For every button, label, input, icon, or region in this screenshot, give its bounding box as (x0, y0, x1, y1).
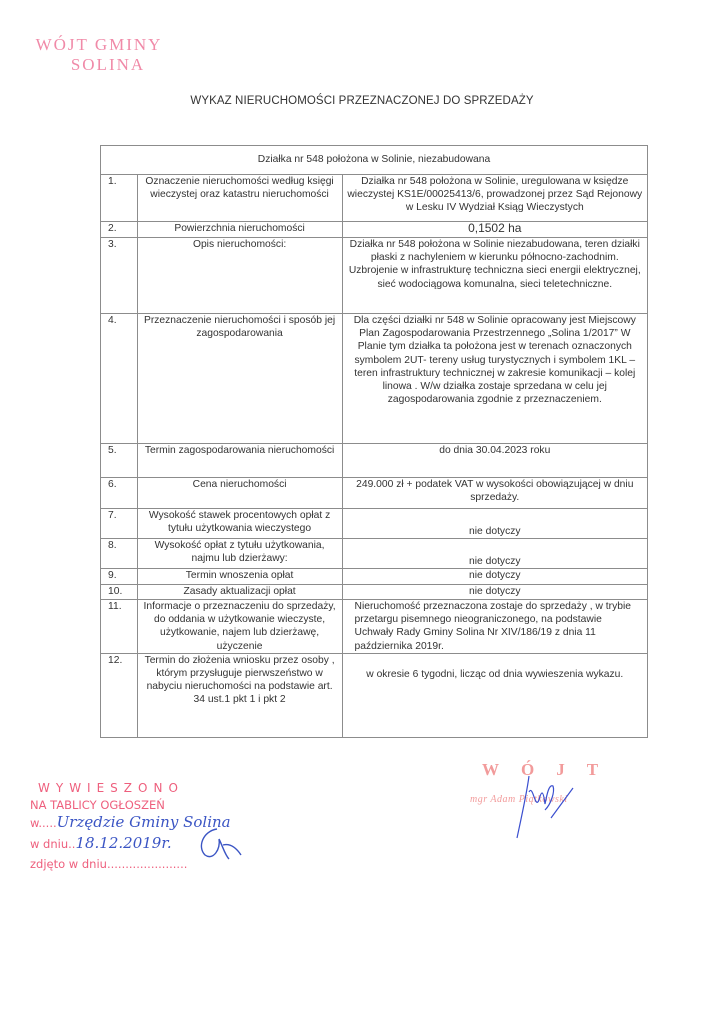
row-value: Dla części działki nr 548 w Solinie opra… (342, 314, 647, 444)
posted-stamp-subtitle: NA TABLICY OGŁOSZEŃ (30, 797, 231, 814)
row-value: do dnia 30.04.2023 roku (342, 444, 647, 478)
row-value: nie dotyczy (342, 585, 647, 600)
stamp-line-1: WÓJT GMINY (24, 35, 174, 55)
table-row: 9. Termin wnoszenia opłat nie dotyczy (101, 569, 648, 585)
property-table: Działka nr 548 położona w Solinie, nieza… (100, 145, 648, 738)
row-number: 3. (101, 238, 138, 314)
table-row: 12. Termin do złożenia wniosku przez oso… (101, 653, 648, 737)
table-row: 1. Oznaczenie nieruchomości według księg… (101, 175, 648, 222)
row-number: 4. (101, 314, 138, 444)
row-value: Nieruchomość przeznaczona zostaje do spr… (342, 600, 647, 654)
row-number: 8. (101, 539, 138, 569)
stamp-line-2: SOLINA (24, 55, 174, 75)
row-label: Cena nieruchomości (137, 478, 342, 509)
row-label: Oznaczenie nieruchomości według księgi w… (137, 175, 342, 222)
row-value: Działka nr 548 położona w Solinie, uregu… (342, 175, 647, 222)
wojt-signature-icon (515, 770, 585, 840)
table-heading-row: Działka nr 548 położona w Solinie, nieza… (101, 146, 648, 175)
row-number: 6. (101, 478, 138, 509)
row-label: Termin do złożenia wniosku przez osoby ,… (137, 653, 342, 737)
row-number: 5. (101, 444, 138, 478)
row-number: 9. (101, 569, 138, 585)
table-row: 2. Powierzchnia nieruchomości 0,1502 ha (101, 222, 648, 238)
row-label: Przeznaczenie nieruchomości i sposób jej… (137, 314, 342, 444)
row-label: Zasady aktualizacji opłat (137, 585, 342, 600)
row-number: 2. (101, 222, 138, 238)
table-row: 6. Cena nieruchomości 249.000 zł + podat… (101, 478, 648, 509)
table-row: 10. Zasady aktualizacji opłat nie dotycz… (101, 585, 648, 600)
removed-date-label: zdjęto w dniu (30, 857, 107, 871)
row-label: Opis nieruchomości: (137, 238, 342, 314)
posted-date-handwritten: 18.12.2019r. (75, 834, 171, 852)
table-row: 4. Przeznaczenie nieruchomości i sposób … (101, 314, 648, 444)
row-number: 12. (101, 653, 138, 737)
posted-stamp-title: WYWIESZONO (30, 780, 231, 797)
row-number: 11. (101, 600, 138, 654)
row-value: Działka nr 548 położona w Solinie niezab… (342, 238, 647, 314)
table-row: 8. Wysokość opłat z tytułu użytkowania, … (101, 539, 648, 569)
row-label: Powierzchnia nieruchomości (137, 222, 342, 238)
wojt-gminy-stamp: WÓJT GMINY SOLINA (24, 35, 174, 75)
table-row: 5. Termin zagospodarowania nieruchomości… (101, 444, 648, 478)
row-value: nie dotyczy (342, 539, 647, 569)
row-value: w okresie 6 tygodni, licząc od dnia wywi… (342, 653, 647, 737)
table-heading: Działka nr 548 położona w Solinie, nieza… (101, 146, 648, 175)
document-title: WYKAZ NIERUCHOMOŚCI PRZEZNACZONEJ DO SPR… (0, 95, 724, 107)
row-number: 7. (101, 509, 138, 539)
row-value: 249.000 zł + podatek VAT w wysokości obo… (342, 478, 647, 509)
row-label: Informacje o przeznaczeniu do sprzedaży,… (137, 600, 342, 654)
posted-date-prefix: w dniu (30, 837, 68, 851)
row-label: Wysokość opłat z tytułu użytkowania, naj… (137, 539, 342, 569)
row-number: 10. (101, 585, 138, 600)
row-value: 0,1502 ha (342, 222, 647, 238)
row-label: Wysokość stawek procentowych opłat z tyt… (137, 509, 342, 539)
table-row: 3. Opis nieruchomości: Działka nr 548 po… (101, 238, 648, 314)
row-value: nie dotyczy (342, 569, 647, 585)
table-row: 11. Informacje o przeznaczeniu do sprzed… (101, 600, 648, 654)
row-label: Termin zagospodarowania nieruchomości (137, 444, 342, 478)
row-value: nie dotyczy (342, 509, 647, 539)
row-number: 1. (101, 175, 138, 222)
table-row: 7. Wysokość stawek procentowych opłat z … (101, 509, 648, 539)
row-label: Termin wnoszenia opłat (137, 569, 342, 585)
posted-signature-icon (195, 825, 245, 865)
